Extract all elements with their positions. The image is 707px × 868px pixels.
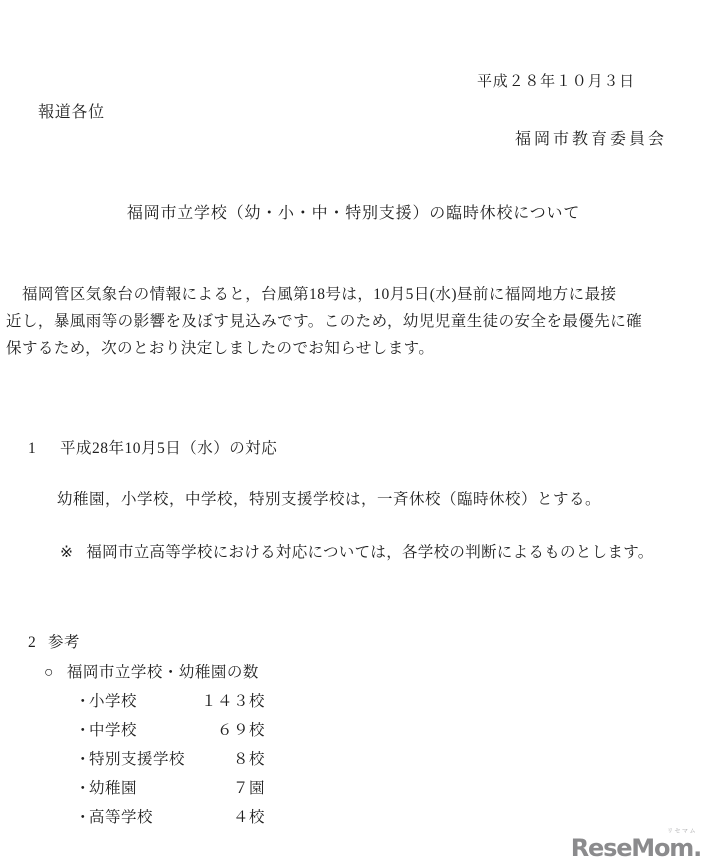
recipient: 報道各位 — [38, 99, 105, 122]
list-item: ・ 高等学校 ４校 — [75, 805, 265, 834]
section-1-body: 幼稚園，小学校，中学校，特別支援学校は，一斉休校（臨時休校）とする。 — [57, 487, 601, 509]
section-heading-text: 平成28年10月5日（水）の対応 — [60, 440, 277, 457]
note-marker: ※ — [60, 543, 73, 562]
section-1-heading: 1平成28年10月5日（水）の対応 — [28, 436, 277, 458]
school-count-list: ・ 小学校 １４３校 ・ 中学校 ６９校 ・ 特別支援学校 ８校 ・ 幼稚園 ７… — [75, 689, 265, 834]
section-heading-text: 参考 — [48, 634, 80, 651]
bullet-marker: ・ — [75, 689, 89, 711]
logo-text: ReseMom. — [571, 834, 701, 862]
section-1-note: ※福岡市立高等学校における対応については，各学校の判断によるものとします。 — [60, 540, 654, 562]
item-label: 幼稚園 — [89, 776, 191, 798]
intro-line: 保するため，次のとおり決定しましたのでお知らせします。 — [6, 335, 642, 362]
sender-organization: 福岡市教育委員会 — [515, 126, 667, 149]
section-2-heading: 2参考 — [28, 630, 80, 652]
item-value: ８校 — [191, 747, 265, 769]
note-text: 福岡市立高等学校における対応については，各学校の判断によるものとします。 — [86, 544, 653, 561]
resemom-logo: リセマム ReseMom. — [571, 829, 701, 860]
item-value: ６９校 — [191, 718, 265, 740]
press-release-document: 平成２８年１０月３日 報道各位 福岡市教育委員会 福岡市立学校（幼・小・中・特別… — [0, 0, 707, 868]
intro-paragraph: 福岡管区気象台の情報によると，台風第18号は，10月5日(水)昼前に福岡地方に最… — [6, 281, 642, 362]
circle-marker: ○ — [44, 664, 54, 682]
item-label: 小学校 — [89, 689, 191, 711]
section-2-subheading: ○福岡市立学校・幼稚園の数 — [44, 660, 259, 682]
subheading-text: 福岡市立学校・幼稚園の数 — [67, 664, 259, 681]
item-value: １４３校 — [191, 689, 265, 711]
section-number: 1 — [28, 440, 38, 458]
item-label: 特別支援学校 — [89, 747, 191, 769]
document-title: 福岡市立学校（幼・小・中・特別支援）の臨時休校について — [0, 200, 707, 223]
section-number: 2 — [28, 634, 38, 652]
bullet-marker: ・ — [75, 747, 89, 769]
list-item: ・ 特別支援学校 ８校 — [75, 747, 265, 776]
item-label: 高等学校 — [89, 805, 191, 827]
list-item: ・ 幼稚園 ７園 — [75, 776, 265, 805]
document-date: 平成２８年１０月３日 — [477, 70, 635, 91]
intro-line: 福岡管区気象台の情報によると，台風第18号は，10月5日(水)昼前に福岡地方に最… — [6, 281, 642, 308]
list-item: ・ 小学校 １４３校 — [75, 689, 265, 718]
list-item: ・ 中学校 ６９校 — [75, 718, 265, 747]
item-label: 中学校 — [89, 718, 191, 740]
bullet-marker: ・ — [75, 718, 89, 740]
bullet-marker: ・ — [75, 805, 89, 827]
bullet-marker: ・ — [75, 776, 89, 798]
item-value: ７園 — [191, 776, 265, 798]
item-value: ４校 — [191, 805, 265, 827]
intro-line: 近し，暴風雨等の影響を及ぼす見込みです。このため，幼児児童生徒の安全を最優先に確 — [6, 308, 642, 335]
